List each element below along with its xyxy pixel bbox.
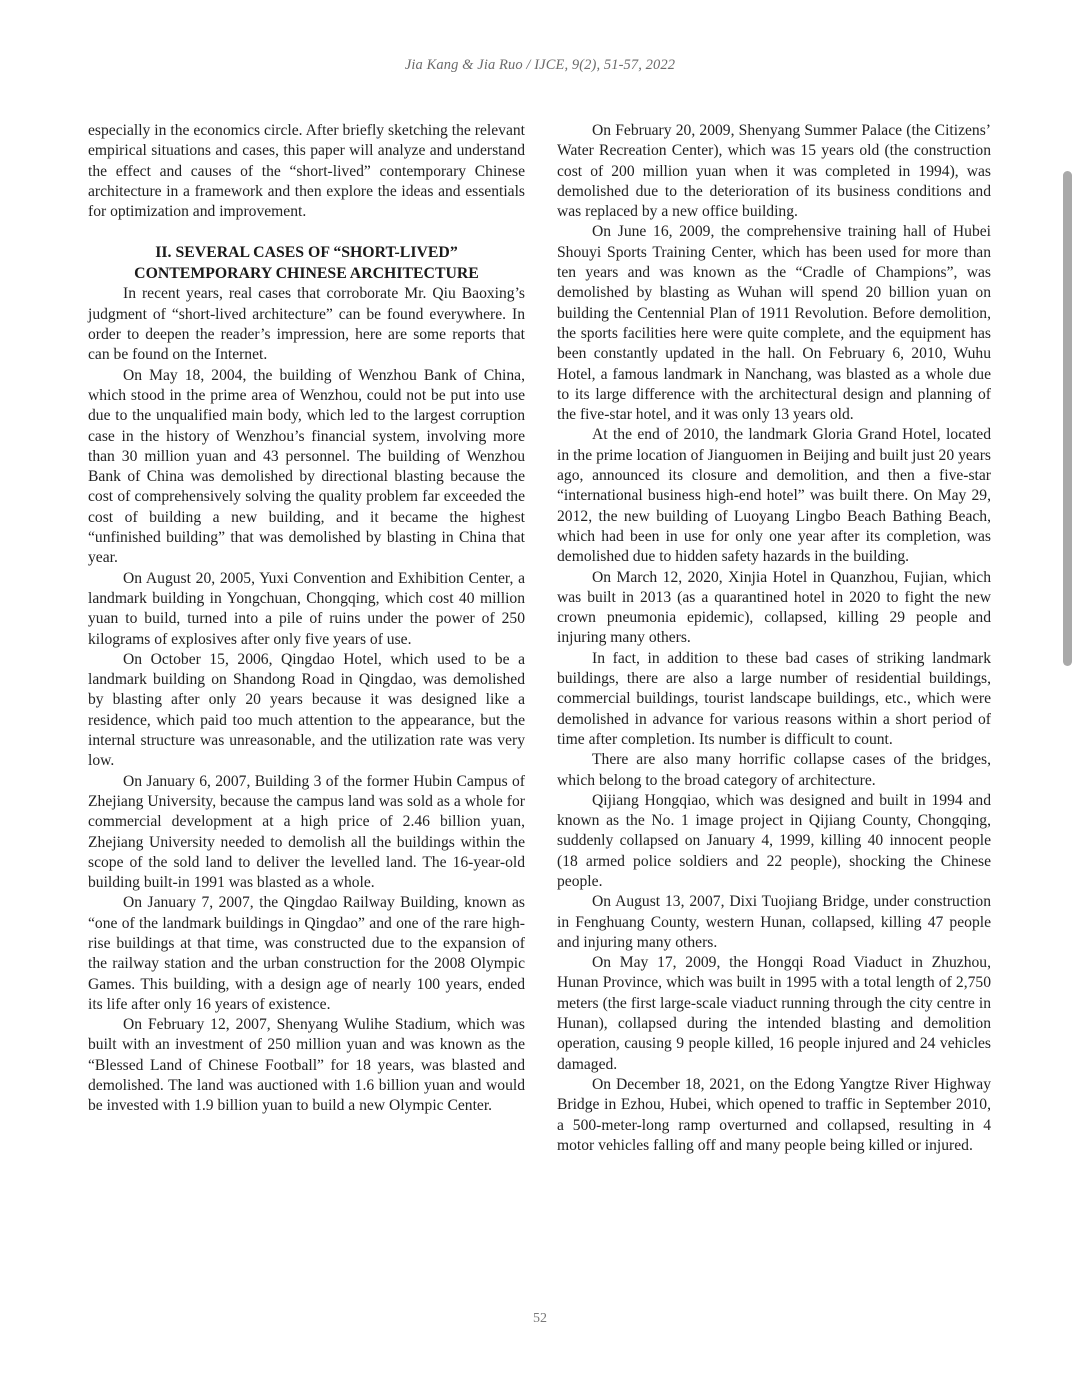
- body-paragraph: On May 17, 2009, the Hongqi Road Viaduct…: [557, 953, 991, 1075]
- body-paragraph: On March 12, 2020, Xinjia Hotel in Quanz…: [557, 568, 991, 649]
- body-paragraph: On October 15, 2006, Qingdao Hotel, whic…: [88, 650, 525, 772]
- body-paragraph: On February 20, 2009, Shenyang Summer Pa…: [557, 121, 991, 222]
- body-paragraph: On May 18, 2004, the building of Wenzhou…: [88, 366, 525, 569]
- body-paragraph: In recent years, real cases that corrobo…: [88, 284, 525, 365]
- body-paragraph: On January 6, 2007, Building 3 of the fo…: [88, 772, 525, 894]
- body-paragraph: There are also many horrific collapse ca…: [557, 750, 991, 791]
- right-column: On February 20, 2009, Shenyang Summer Pa…: [557, 121, 991, 1156]
- body-paragraph: On January 7, 2007, the Qingdao Railway …: [88, 893, 525, 1015]
- body-paragraph: In fact, in addition to these bad cases …: [557, 649, 991, 750]
- body-paragraph: On August 13, 2007, Dixi Tuojiang Bridge…: [557, 892, 991, 953]
- body-paragraph: On February 12, 2007, Shenyang Wulihe St…: [88, 1015, 525, 1116]
- body-paragraph: Qijiang Hongqiao, which was designed and…: [557, 791, 991, 892]
- body-paragraph: On June 16, 2009, the comprehensive trai…: [557, 222, 991, 425]
- scrollbar-thumb[interactable]: [1063, 171, 1072, 666]
- running-header: Jia Kang & Jia Ruo / IJCE, 9(2), 51-57, …: [0, 57, 1080, 74]
- body-paragraph: At the end of 2010, the landmark Gloria …: [557, 425, 991, 567]
- left-column: especially in the economics circle. Afte…: [88, 121, 525, 1117]
- page-number: 52: [0, 1311, 1080, 1327]
- section-heading-line-2: CONTEMPORARY CHINESE ARCHITECTURE: [88, 264, 525, 285]
- body-paragraph: On December 18, 2021, on the Edong Yangt…: [557, 1075, 991, 1156]
- body-paragraph: On August 20, 2005, Yuxi Convention and …: [88, 569, 525, 650]
- intro-continuation-paragraph: especially in the economics circle. Afte…: [88, 121, 525, 222]
- section-heading: II. SEVERAL CASES OF “SHORT-LIVED” CONTE…: [88, 243, 525, 284]
- section-heading-line-1: II. SEVERAL CASES OF “SHORT-LIVED”: [88, 243, 525, 264]
